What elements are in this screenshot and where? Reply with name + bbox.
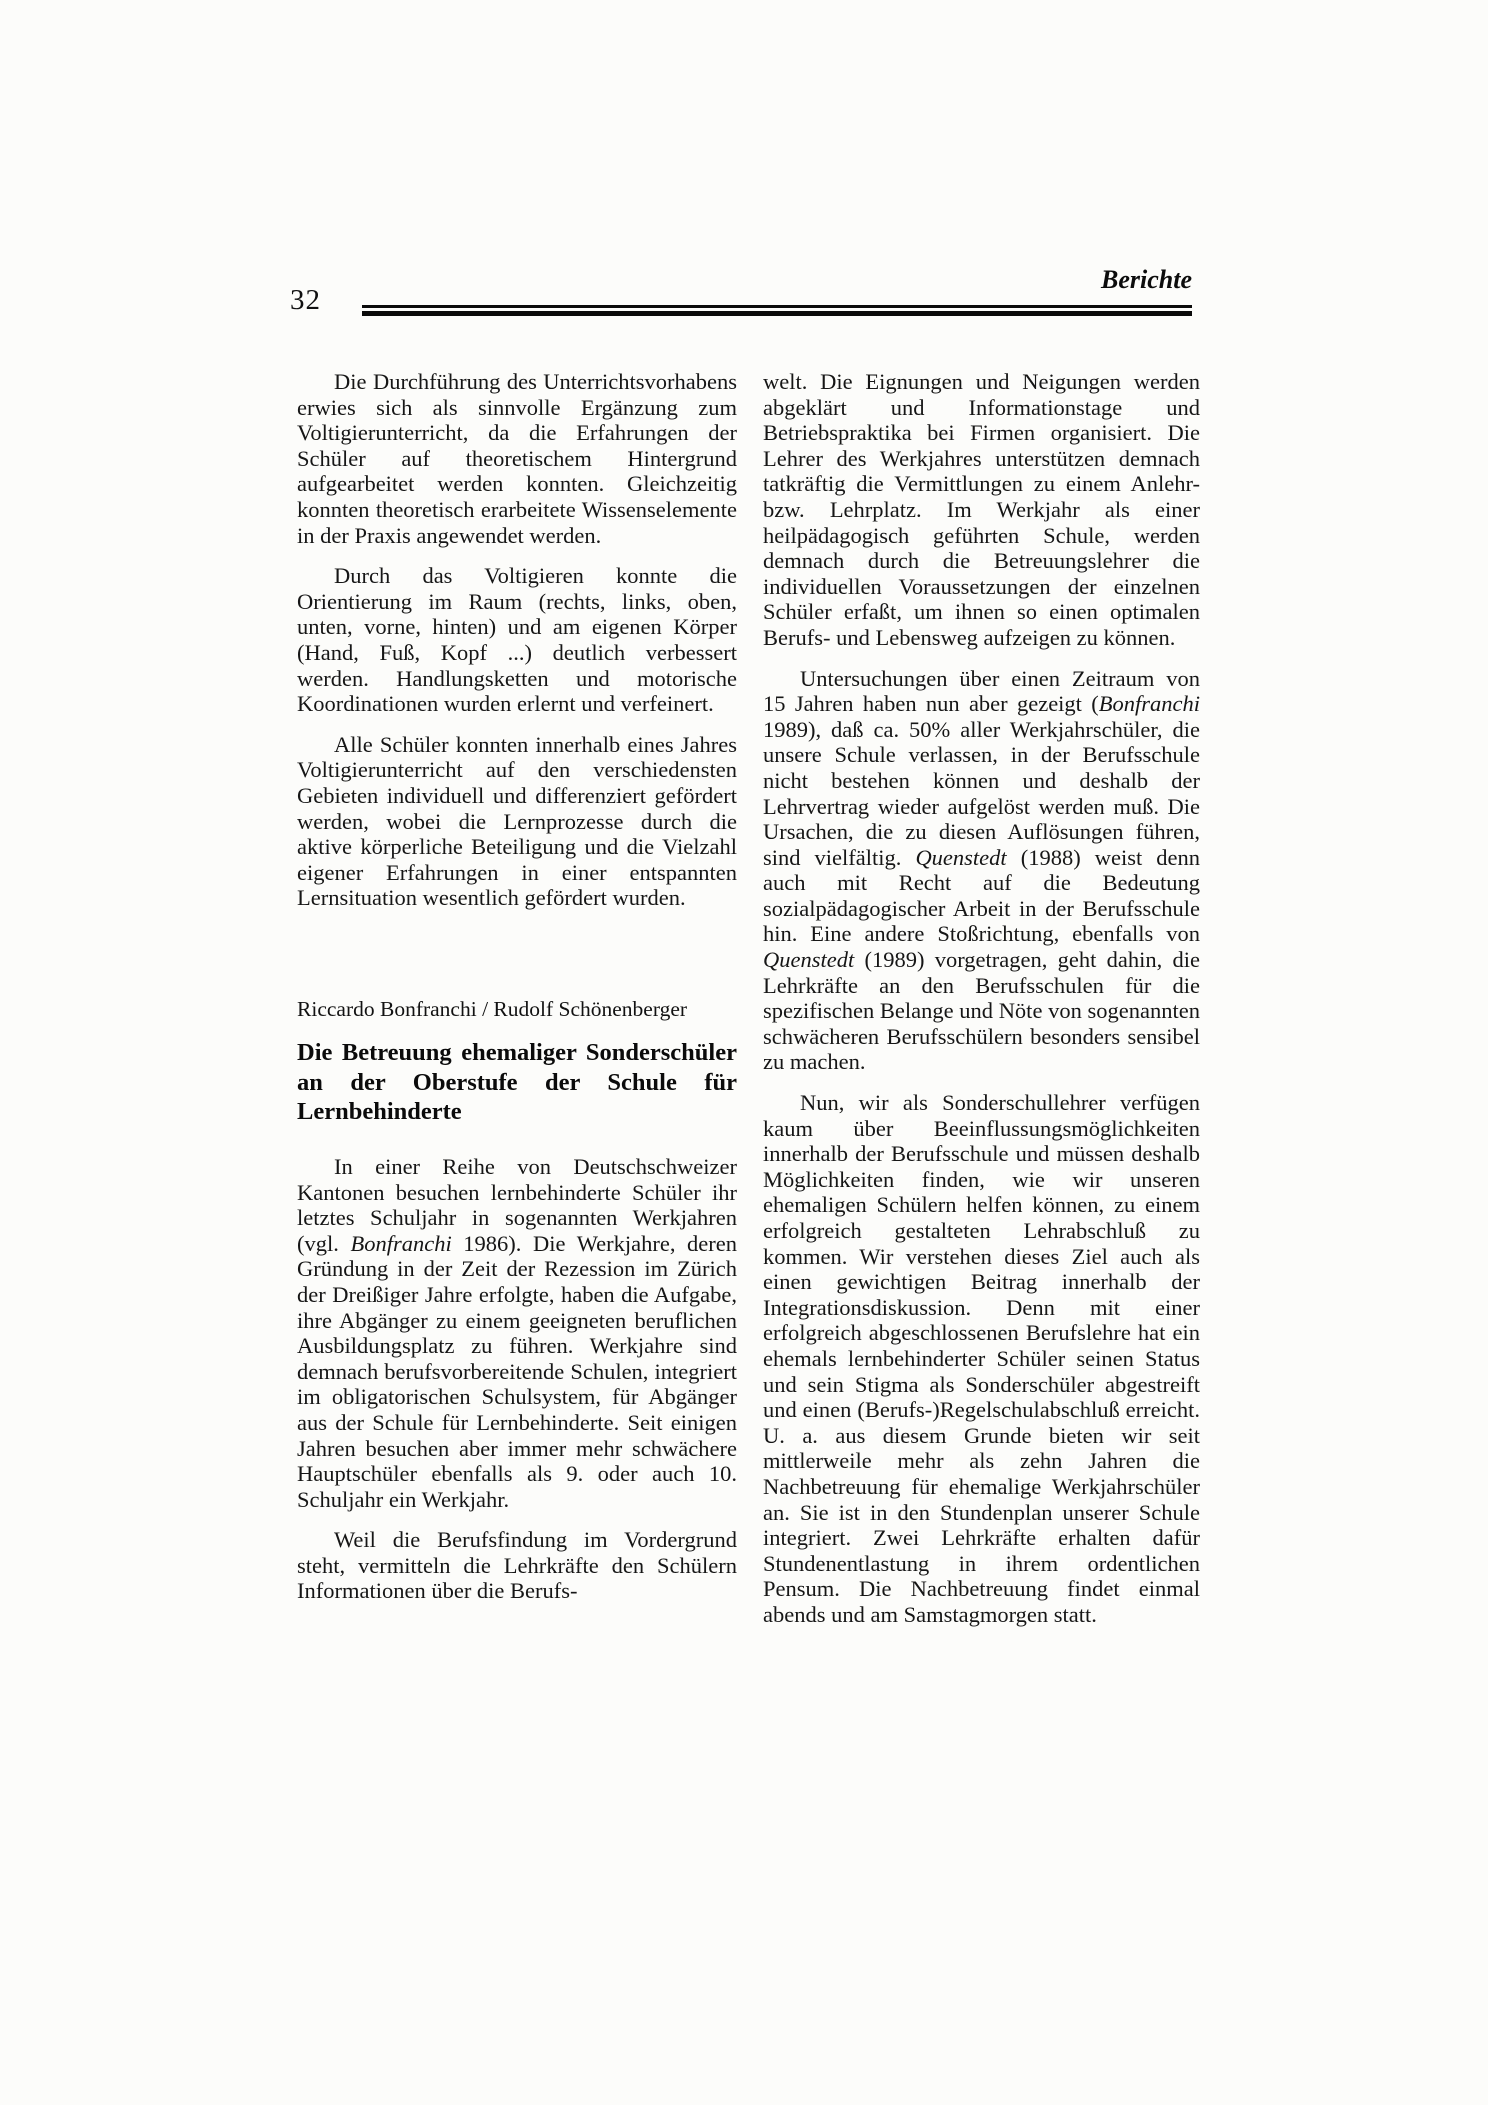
scanned-journal-page: 32 Berichte Die Durchführung des Unterri… (0, 0, 1488, 2105)
body-paragraph-3: Alle Schüler konnten innerhalb eines Jah… (297, 732, 737, 911)
article-title: Die Betreuung ehemaliger Sonderschüler a… (297, 1038, 737, 1127)
body-paragraph-8: Nun, wir als Sonderschullehrer verfügen … (763, 1090, 1200, 1627)
body-paragraph-1: Die Durchführung des Unterrichtsvorhaben… (297, 369, 737, 548)
body-paragraph-6: welt. Die Eignungen und Neigungen werden… (763, 369, 1200, 651)
header-rule (362, 305, 1192, 316)
article-authors: Riccardo Bonfranchi / Rudolf Schönenberg… (297, 997, 737, 1023)
right-column: welt. Die Eignungen und Neigungen werden… (763, 369, 1200, 1643)
body-paragraph-5: Weil die Berufsfindung im Vordergrund st… (297, 1527, 737, 1604)
running-header-label: Berichte (1101, 266, 1192, 295)
left-column: Die Durchführung des Unterrichtsvorhaben… (297, 369, 737, 1619)
body-paragraph-4: In einer Reihe von Deutschschweizer Kant… (297, 1154, 737, 1512)
page-number: 32 (290, 286, 321, 315)
body-paragraph-7: Untersuchungen über einen Zeitraum von 1… (763, 666, 1200, 1076)
body-paragraph-2: Durch das Voltigieren konnte die Orienti… (297, 563, 737, 717)
